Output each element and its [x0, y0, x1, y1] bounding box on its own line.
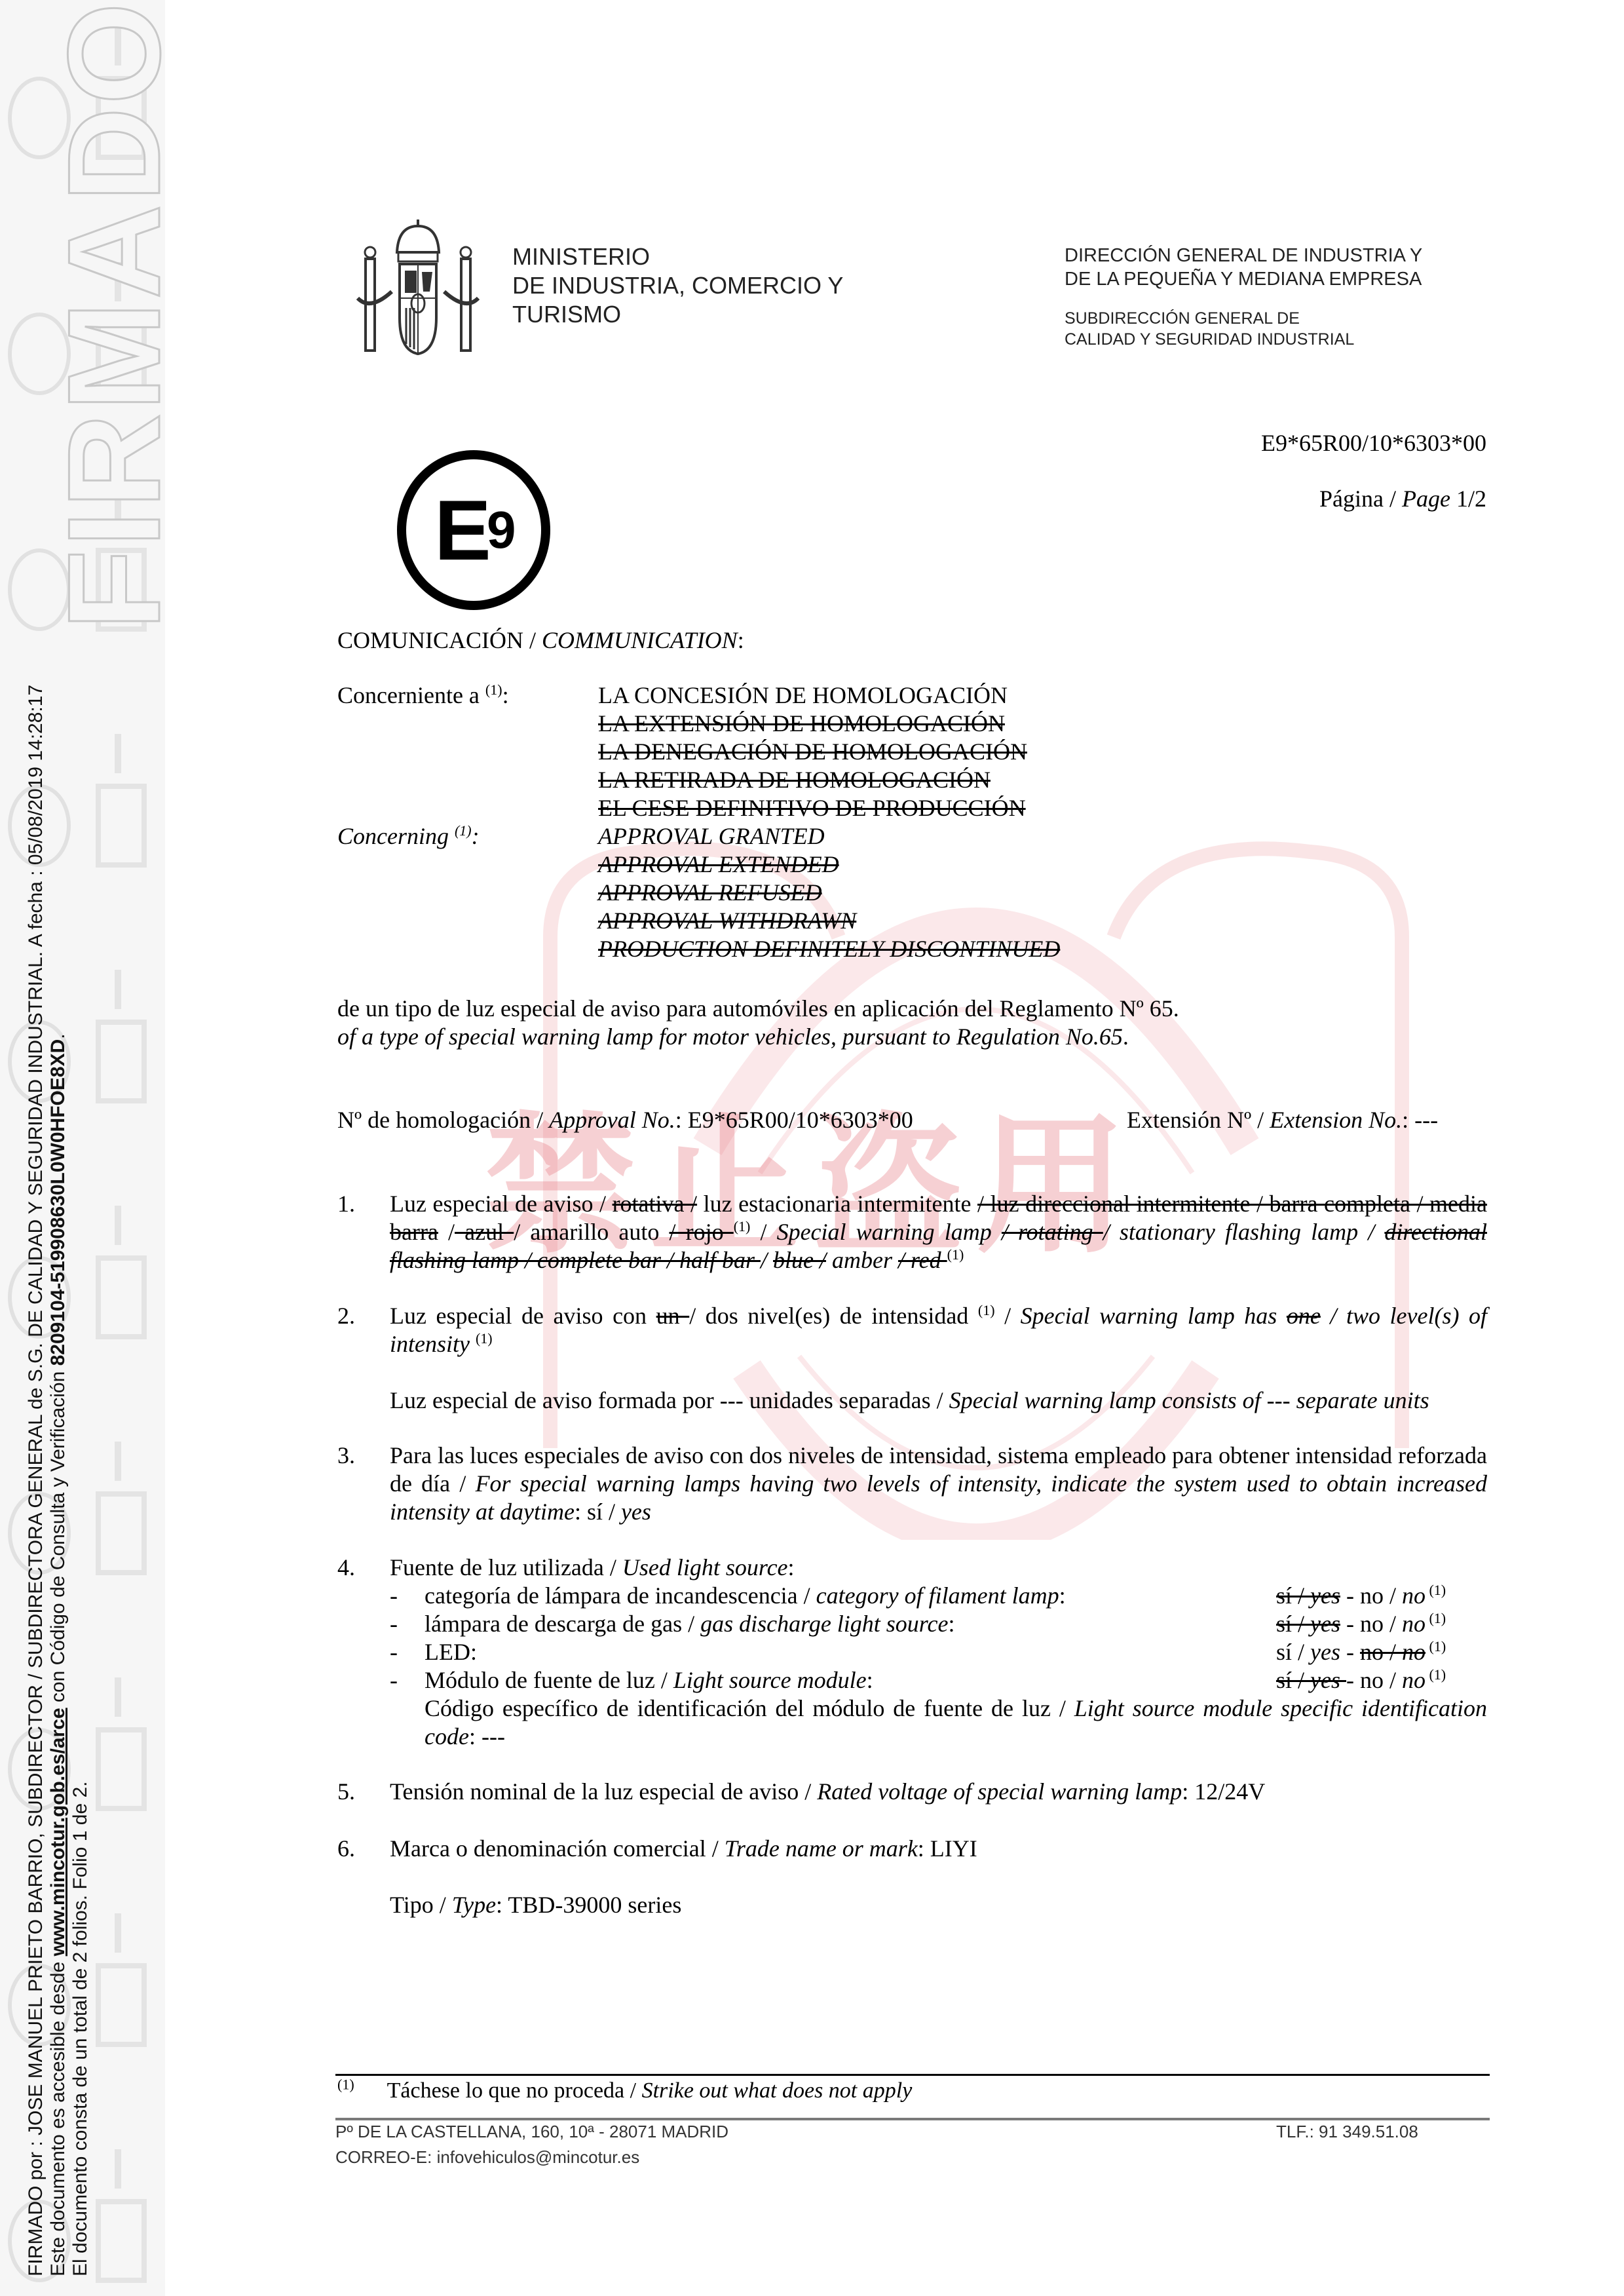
item-4-light-source: 4. Fuente de luz utilizada / Used light …: [337, 1554, 1487, 1751]
item-2-intensity-levels: 2. Luz especial de aviso con un / dos ni…: [337, 1302, 1487, 1415]
footer-phone: TLF.: 91 349.51.08: [1276, 2122, 1418, 2142]
light-source-row: -categoría de lámpara de incandescencia …: [390, 1582, 1487, 1610]
subdireccion-general: SUBDIRECCIÓN GENERAL DE CALIDAD Y SEGURI…: [1065, 308, 1354, 350]
light-source-list: -categoría de lámpara de incandescencia …: [390, 1582, 1487, 1694]
extension-number: Extensión Nº / Extension No.: ---: [1127, 1106, 1438, 1134]
light-source-answer: sí / yes - no / no (1): [1276, 1638, 1446, 1666]
footer-address: Pº DE LA CASTELLANA, 160, 10ª - 28071 MA…: [335, 2122, 728, 2142]
footnote-divider: [335, 2074, 1490, 2076]
light-source-row: -lámpara de descarga de gas / gas discha…: [390, 1610, 1487, 1638]
light-source-row: -Módulo de fuente de luz / Light source …: [390, 1666, 1487, 1694]
concerning-label-en: Concerning (1):: [337, 822, 480, 851]
concerning-option: LA EXTENSIÓN DE HOMOLOGACIÓN: [598, 710, 1027, 738]
concerning-options-en: APPROVAL GRANTEDAPPROVAL EXTENDEDAPPROVA…: [598, 822, 1060, 963]
light-source-answer: sí / yes - no / no (1): [1276, 1666, 1446, 1694]
item-1-lamp-type: 1. Luz especial de aviso / rotativa / lu…: [337, 1190, 1487, 1274]
lamp-type: Tipo / Type: TBD-39000 series: [390, 1891, 1487, 1919]
light-source-answer: sí / yes - no / no (1): [1276, 1610, 1446, 1638]
module-code: Código específico de identificación del …: [390, 1694, 1487, 1751]
e-mark-icon: E 9: [396, 450, 551, 611]
footer-divider: [335, 2118, 1490, 2120]
emark-letter: E: [434, 482, 491, 578]
item-5-rated-voltage: 5. Tensión nominal de la luz especial de…: [337, 1778, 1487, 1806]
footer-email[interactable]: CORREO-E: infovehiculos@mincotur.es: [335, 2147, 639, 2168]
page-number: Página / Page 1/2: [1319, 485, 1486, 512]
concerning-label-es: Concerniente a (1):: [337, 681, 509, 710]
footnote: (1)Táchese lo que no proceda / Strike ou…: [337, 2078, 912, 2103]
concerning-option: APPROVAL EXTENDED: [598, 851, 1060, 879]
document-page: MINISTERIO DE INDUSTRIA, COMERCIO Y TURI…: [0, 0, 1624, 2296]
document-reference: E9*65R00/10*6303*00: [1261, 429, 1486, 457]
device-type-statement: de un tipo de luz especial de aviso para…: [337, 995, 1179, 1051]
concerning-option: EL CESE DEFINITIVO DE PRODUCCIÓN: [598, 794, 1027, 822]
concerning-option: APPROVAL WITHDRAWN: [598, 907, 1060, 935]
direccion-general: DIRECCIÓN GENERAL DE INDUSTRIA Y DE LA P…: [1065, 244, 1422, 291]
concerning-option: LA CONCESIÓN DE HOMOLOGACIÓN: [598, 681, 1027, 710]
concerning-options-es: LA CONCESIÓN DE HOMOLOGACIÓNLA EXTENSIÓN…: [598, 681, 1027, 822]
spain-coat-of-arms-icon: [352, 220, 483, 357]
concerning-option: LA RETIRADA DE HOMOLOGACIÓN: [598, 766, 1027, 794]
light-source-row: -LED:sí / yes - no / no (1): [390, 1638, 1487, 1666]
item-3-daytime-intensity: 3. Para las luces especiales de aviso co…: [337, 1442, 1487, 1526]
item-6-trade-name: 6. Marca o denominación comercial / Trad…: [337, 1835, 1487, 1919]
approval-number: Nº de homologación / Approval No.: E9*65…: [337, 1106, 913, 1134]
concerning-option: APPROVAL REFUSED: [598, 879, 1060, 907]
ministry-name: MINISTERIO DE INDUSTRIA, COMERCIO Y TURI…: [512, 242, 843, 329]
light-source-answer: sí / yes - no / no (1): [1276, 1582, 1446, 1610]
concerning-option: APPROVAL GRANTED: [598, 822, 1060, 851]
concerning-option: LA DENEGACIÓN DE HOMOLOGACIÓN: [598, 738, 1027, 766]
concerning-option: PRODUCTION DEFINITELY DISCONTINUED: [598, 935, 1060, 963]
emark-number: 9: [487, 501, 516, 559]
communication-heading: COMUNICACIÓN / COMMUNICATION:: [337, 626, 744, 655]
